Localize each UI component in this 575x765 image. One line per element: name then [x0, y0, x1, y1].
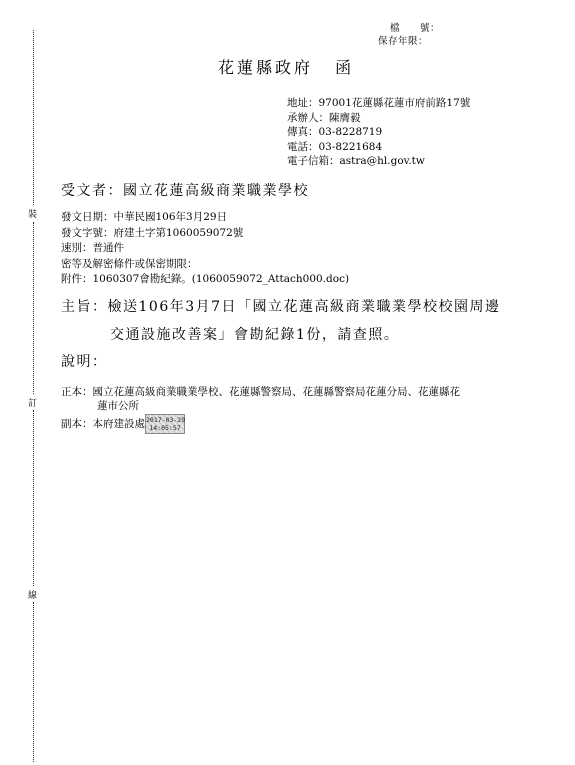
- issue-date: 發文日期：中華民國106年3月29日: [61, 210, 349, 226]
- subject-line-1: 主旨：檢送106年3月7日「國立花蓮高級商業職業學校校園周邊: [61, 296, 501, 316]
- subject-line-2: 交通設施改善案」會勘紀錄1份，請查照。: [110, 324, 399, 344]
- document-title: 花蓮縣政府 函: [218, 55, 354, 78]
- fax-number: 傳真：03-8228719: [287, 125, 470, 140]
- sender-info: 地址：97001花蓮縣花蓮市府前路17號 承辦人：陳膺毅 傳真：03-82287…: [287, 96, 470, 169]
- sender-address: 地址：97001花蓮縣花蓮市府前路17號: [287, 96, 470, 111]
- copy-label: 副本：本府建設處: [61, 418, 145, 430]
- agency-name: 花蓮縣政府: [218, 58, 313, 77]
- document-meta: 發文日期：中華民國106年3月29日 發文字號：府建土字第1060059072號…: [61, 210, 349, 288]
- binding-line-top: [33, 30, 34, 205]
- document-type: 函: [335, 58, 354, 77]
- file-number-label: 檔 號：: [390, 20, 440, 34]
- retention-period-label: 保存年限：: [378, 33, 428, 47]
- copy-recipients: 副本：本府建設處2017-03-2914:05:57: [61, 414, 185, 434]
- email-address: 電子信箱：astra@hl.gov.tw: [287, 154, 470, 169]
- original-recipients-line-1: 正本：國立花蓮高級商業職業學校、花蓮縣警察局、花蓮縣警察局花蓮分局、花蓮縣花: [61, 384, 460, 399]
- binding-line-bottom: [33, 602, 34, 762]
- classification: 密等及解密條件或保密期限：: [61, 257, 349, 273]
- binding-mark-xian: 線: [28, 588, 37, 601]
- phone-number: 電話：03-8221684: [287, 140, 470, 155]
- stamp-time: 14:05:57: [146, 424, 184, 432]
- binding-mark-zhuang: 裝: [28, 207, 37, 220]
- document-number: 發文字號：府建土字第1060059072號: [61, 226, 349, 242]
- recipient: 受文者：國立花蓮高級商業職業學校: [61, 180, 309, 200]
- delivery-speed: 速別：普通件: [61, 241, 349, 257]
- binding-line-mid2: [33, 410, 34, 586]
- attachment-link[interactable]: 附件：1060307會勘紀錄。(1060059072_Attach000.doc…: [61, 272, 349, 288]
- explanation-label: 說明：: [61, 351, 108, 371]
- binding-mark-ding: 訂: [28, 396, 37, 409]
- stamp-date: 2017-03-29: [146, 416, 184, 424]
- timestamp-stamp: 2017-03-2914:05:57: [145, 414, 185, 434]
- original-recipients-line-2: 蓮市公所: [97, 398, 139, 413]
- contact-person: 承辦人：陳膺毅: [287, 111, 470, 126]
- binding-line-mid1: [33, 222, 34, 394]
